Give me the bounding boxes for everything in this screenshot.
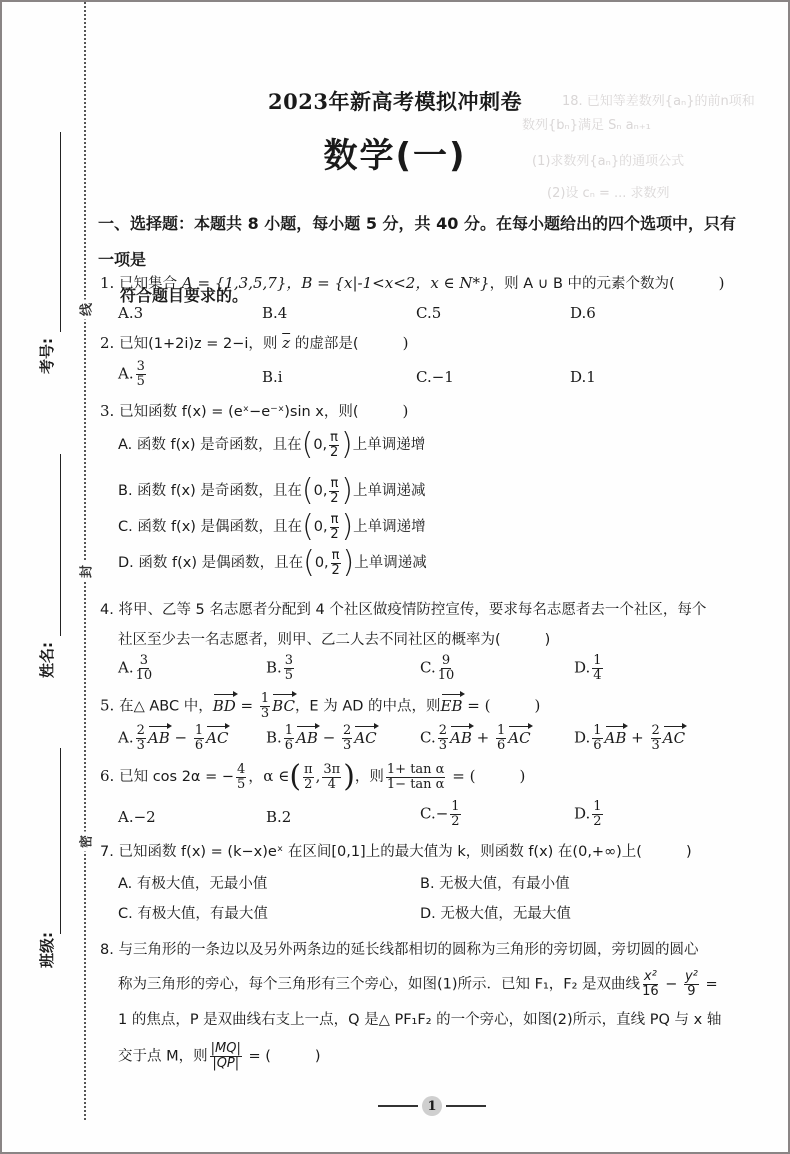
conjugate-z: z: [282, 334, 290, 352]
option-6d[interactable]: D.12: [574, 800, 605, 829]
question-2: 2. 已知(1+2i)z = 2−i，则 z 的虚部是(): [100, 332, 408, 353]
question-text: 社区至少去一名志愿者，则甲、乙二人去不同社区的概率为(: [118, 632, 501, 648]
page-number: 1: [378, 1096, 486, 1116]
question-number: 8.: [100, 942, 114, 958]
question-number: 3.: [100, 402, 114, 420]
question-text: 1 的焦点，P 是双曲线右支上一点，Q 是△ PF₁F₂ 的一个旁心，如图(2)…: [118, 1012, 721, 1028]
question-8-line4: 交于点 M，则|MQ||QP| = (): [118, 1042, 321, 1071]
option-2d[interactable]: D.1: [570, 368, 596, 386]
option-1b[interactable]: B.4: [262, 304, 287, 322]
option-5a[interactable]: A.23AB − 16AC: [118, 724, 228, 753]
question-8: 8. 与三角形的一条边以及另外两条边的延长线都相切的圆称为三角形的旁切圆，旁切圆…: [100, 938, 698, 959]
bleed-through-text: (2)设 cₙ = ... 求数列: [547, 182, 670, 201]
question-text: 已知函数 f(x) = (k−x)eˣ 在区间[0,1]上的最大值为 k，则函数…: [118, 844, 642, 860]
option-6c[interactable]: C.−12: [420, 800, 463, 829]
question-number: 5.: [100, 697, 114, 715]
option-4d[interactable]: D.14: [574, 654, 605, 683]
option-5c[interactable]: C.23AB + 16AC: [420, 724, 531, 753]
option-7a[interactable]: A. 有极大值，无最小值: [118, 872, 267, 893]
class-label: 班级:: [36, 932, 57, 968]
question-6: 6. 已知 cos 2α = −45，α ∈(π2,3π4)，则1+ tan α…: [100, 762, 525, 792]
cut-mark-xian: 线: [76, 300, 95, 320]
answer-paren: ): [403, 334, 409, 352]
option-4b[interactable]: B.35: [266, 654, 296, 683]
exam-number-label: 考号:: [36, 338, 57, 374]
cut-mark-feng: 封: [76, 562, 95, 582]
answer-paren: ): [519, 767, 525, 785]
page-dash-left: [378, 1105, 418, 1107]
question-text: 交于点 M，则: [118, 1049, 208, 1065]
option-5b[interactable]: B.16AB − 23AC: [266, 724, 377, 753]
question-number: 7.: [100, 844, 114, 860]
subject-title: 数学(一): [2, 128, 788, 177]
question-3: 3. 已知函数 f(x) = (eˣ−e⁻ˣ)sin x，则(): [100, 400, 408, 421]
option-4c[interactable]: C.910: [420, 654, 456, 683]
question-text: 在△ ABC 中，: [119, 699, 213, 715]
vector-eb: EB: [441, 697, 463, 715]
page-number-badge: 1: [422, 1096, 442, 1116]
answer-paren: ): [719, 274, 725, 292]
question-text: 的虚部是(: [295, 336, 359, 352]
option-3a[interactable]: A. 函数 f(x) 是奇函数，且在(0,π2)上单调递增: [118, 430, 425, 460]
question-math: A = {1,3,5,7}，B = {x|-1<x<2，x ∈ N*}: [182, 274, 490, 292]
name-label: 姓名:: [36, 642, 57, 678]
question-text: 将甲、乙等 5 名志愿者分配到 4 个社区做疫情防控宣传，要求每名志愿者去一个社…: [118, 602, 706, 618]
class-line[interactable]: [60, 748, 61, 934]
question-text: 已知(1+2i)z = 2−i，则: [119, 336, 277, 352]
page-dash-right: [446, 1105, 486, 1107]
section-heading: 一、选择题：本题共 8 小题，每小题 5 分，共 40 分。在每小题给出的四个选…: [98, 206, 748, 314]
exam-page: 18. 已知等差数列{aₙ}的前n项和 数列{bₙ}满足 Sₙ aₙ₊₁ (1)…: [0, 0, 790, 1154]
option-1d[interactable]: D.6: [570, 304, 596, 322]
option-1a[interactable]: A.3: [118, 304, 143, 322]
question-text: 称为三角形的旁心，每个三角形有三个旁心，如图(1)所示．已知 F₁，F₂ 是双曲…: [118, 977, 640, 993]
question-8-line3: 1 的焦点，P 是双曲线右支上一点，Q 是△ PF₁F₂ 的一个旁心，如图(2)…: [118, 1008, 721, 1029]
question-text: 已知 cos 2α = −: [119, 769, 234, 785]
section-heading-line1: 一、选择题：本题共 8 小题，每小题 5 分，共 40 分。在每小题给出的四个选…: [98, 206, 748, 278]
question-number: 2.: [100, 334, 114, 352]
question-text: ，则 A ∪ B 中的元素个数为(: [490, 276, 675, 292]
question-5: 5. 在△ ABC 中，BD = 13BC，E 为 AD 的中点，则EB = (…: [100, 692, 540, 721]
option-2b[interactable]: B.i: [262, 368, 283, 386]
question-1: 1. 已知集合 A = {1,3,5,7}，B = {x|-1<x<2，x ∈ …: [100, 272, 725, 293]
vector-bc: BC: [272, 697, 295, 715]
answer-paren: ): [403, 402, 409, 420]
question-4-cont: 社区至少去一名志愿者，则甲、乙二人去不同社区的概率为(): [118, 628, 550, 649]
option-2a[interactable]: A.35: [118, 360, 148, 389]
option-3c[interactable]: C. 函数 f(x) 是偶函数，且在(0,π2)上单调递增: [118, 512, 426, 542]
answer-paren: ): [534, 697, 540, 715]
option-6a[interactable]: A.−2: [118, 808, 156, 826]
answer-paren: ): [545, 632, 551, 648]
option-2c[interactable]: C.−1: [416, 368, 454, 386]
option-5d[interactable]: D.16AB + 23AC: [574, 724, 685, 753]
question-7: 7. 已知函数 f(x) = (k−x)eˣ 在区间[0,1]上的最大值为 k，…: [100, 840, 692, 861]
option-4a[interactable]: A.310: [118, 654, 154, 683]
question-text: 与三角形的一条边以及另外两条边的延长线都相切的圆称为三角形的旁切圆，旁切圆的圆心: [118, 942, 698, 958]
question-text: 已知集合: [119, 276, 177, 292]
answer-paren: ): [686, 844, 692, 860]
option-7b[interactable]: B. 无极大值，有最小值: [420, 872, 570, 893]
option-7c[interactable]: C. 有极大值，有最大值: [118, 902, 268, 923]
option-7d[interactable]: D. 无极大值，无最大值: [420, 902, 571, 923]
exam-title: 2023年新高考模拟冲刺卷: [2, 86, 788, 116]
question-number: 6.: [100, 767, 114, 785]
name-line[interactable]: [60, 454, 61, 636]
question-text: 已知函数 f(x) = (eˣ−e⁻ˣ)sin x，则(: [119, 404, 358, 420]
question-text: ，E 为 AD 的中点，则: [295, 699, 441, 715]
cut-mark-mi: 密: [76, 832, 95, 852]
option-3d[interactable]: D. 函数 f(x) 是偶函数，且在(0,π2)上单调递减: [118, 548, 427, 578]
option-6b[interactable]: B.2: [266, 808, 291, 826]
question-4: 4. 将甲、乙等 5 名志愿者分配到 4 个社区做疫情防控宣传，要求每名志愿者去…: [100, 598, 706, 619]
answer-paren: ): [315, 1049, 321, 1065]
option-1c[interactable]: C.5: [416, 304, 441, 322]
question-8-line2: 称为三角形的旁心，每个三角形有三个旁心，如图(1)所示．已知 F₁，F₂ 是双曲…: [118, 970, 718, 999]
question-number: 1.: [100, 274, 114, 292]
question-number: 4.: [100, 602, 114, 618]
option-3b[interactable]: B. 函数 f(x) 是奇函数，且在(0,π2)上单调递减: [118, 476, 426, 506]
vector-bd: BD: [213, 697, 236, 715]
